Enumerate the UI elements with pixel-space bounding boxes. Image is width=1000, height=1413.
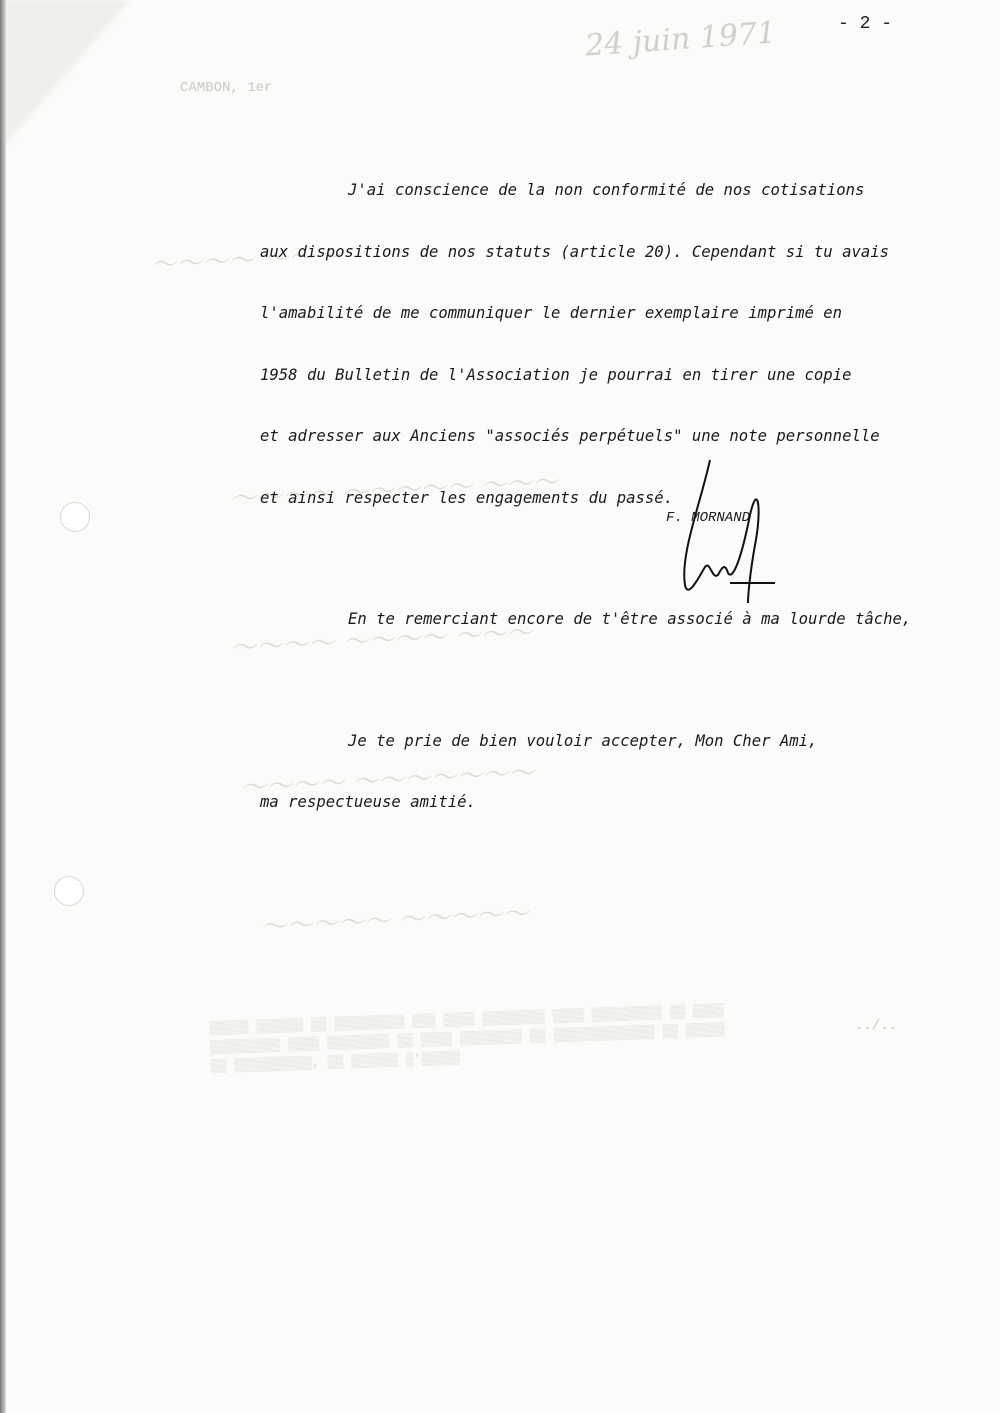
bleed-through-typed-text: ▒▒▒▒▒ ▒▒▒▒▒▒ ▒▒ ▒▒▒▒▒▒▒▒▒ ▒▒▒ ▒▒▒▒ ▒▒▒▒▒… xyxy=(209,1001,726,1076)
paragraph-1-line: aux dispositions de nos statuts (article… xyxy=(260,242,980,263)
paragraph-1-line: et ainsi respecter les engagements du pa… xyxy=(260,488,980,509)
closing-line: Je te prie de bien vouloir accepter, Mon… xyxy=(260,731,980,752)
folded-corner xyxy=(0,0,130,150)
paragraph-1-line: J'ai conscience de la non conformité de … xyxy=(260,180,980,201)
faded-header-address: CAMBON, 1er xyxy=(180,80,272,96)
continuation-mark: ../.. xyxy=(855,1018,897,1034)
signature-name: F. MORNAND xyxy=(666,510,750,526)
letter-body: J'ai conscience de la non conformité de … xyxy=(260,139,980,854)
handwritten-signature xyxy=(670,455,790,605)
page-number: - 2 - xyxy=(838,14,892,34)
punch-hole-top xyxy=(60,502,90,532)
paragraph-1-line: et adresser aux Anciens "associés perpét… xyxy=(260,426,980,447)
paragraph-1-line: 1958 du Bulletin de l'Association je pou… xyxy=(260,365,980,386)
paragraph-1-line: l'amabilité de me communiquer le dernier… xyxy=(260,303,980,324)
punch-hole-bottom xyxy=(54,876,84,906)
bleed-through-handwriting: ～～～～～ ～～～～～ xyxy=(259,893,529,944)
handwritten-date: 24 juin 1971 xyxy=(584,15,777,63)
paragraph-2: En te remerciant encore de t'être associ… xyxy=(260,609,980,630)
scan-edge xyxy=(0,0,6,1413)
letter-page: CAMBON, 1er 24 juin 1971 - 2 - ～～～～ ～～～ … xyxy=(0,0,1000,1413)
closing-line: ma respectueuse amitié. xyxy=(260,792,980,813)
